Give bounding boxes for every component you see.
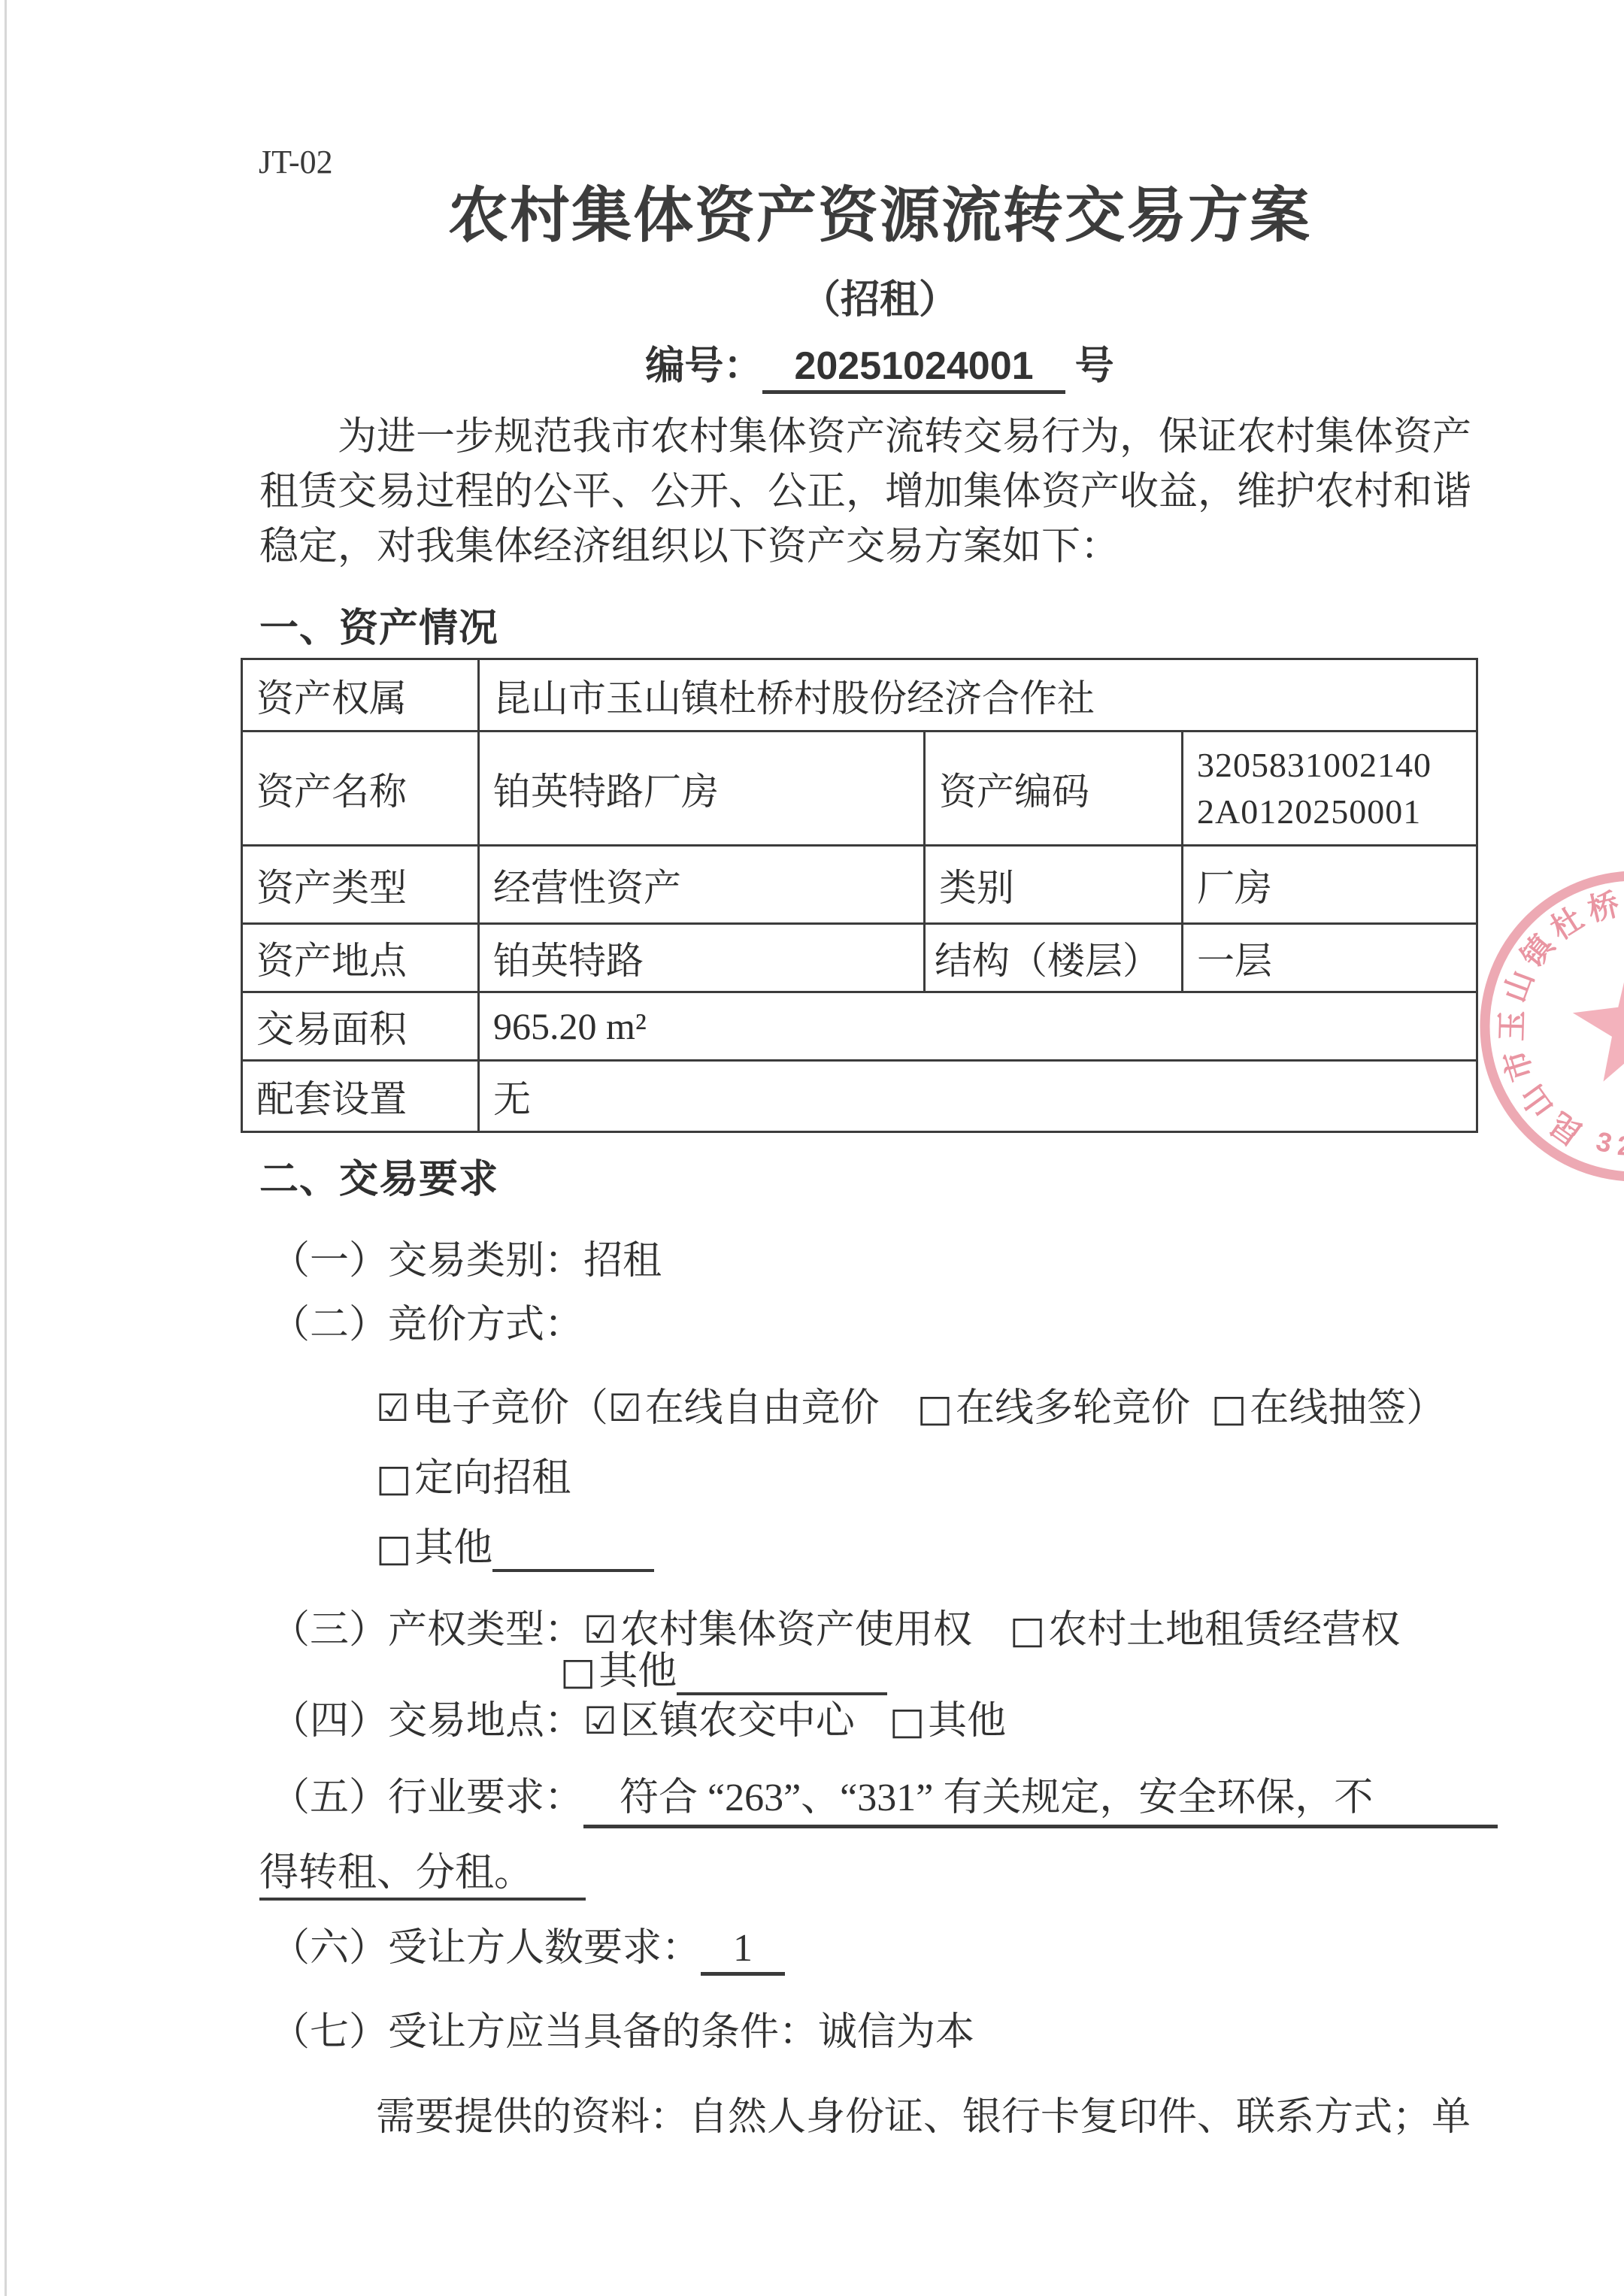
seal-code-text: 32058 [1590,1113,1624,1167]
item1-label: （一）交易类别： [271,1240,583,1283]
cell-label: 结构（楼层） [925,924,1183,992]
cell-label: 资产权属 [242,659,479,732]
item7-label: （七）受让方应当具备的条件： [271,2011,818,2054]
checkbox-empty-icon: □ [1010,1608,1045,1652]
document-subtitle: （招租） [259,268,1500,324]
blank-underline [492,1530,654,1572]
item3-label: （三）产权类型： [271,1609,583,1652]
checkbox-empty-icon: □ [1211,1386,1247,1430]
intro-paragraph: 为进一步规范我市农村集体资产流转交易行为，保证农村集体资产 租赁交易过程的公平、… [259,410,1507,574]
cell-value: 无 [479,1061,1477,1132]
table-row: 交易面积 965.20 m² [242,992,1477,1061]
checkbox-empty-icon: □ [376,1456,411,1500]
item3-other-line: □其他 [560,1639,887,1695]
table-row: 资产地点 铂英特路 结构（楼层） 一层 [242,924,1477,992]
seal-star-icon [1568,956,1624,1084]
section-heading-trade: 二、交易要求 [259,1147,498,1204]
item7-value: 诚信为本 [818,2011,974,2054]
table-row: 资产权属 昆山市玉山镇杜桥村股份经济合作社 [242,659,1477,732]
item6-value: 1 [701,1926,785,1976]
cell-value: 3205831002140 2A0120250001 [1183,732,1477,846]
cell-label: 资产地点 [242,924,479,992]
option-online-multi-round: 在线多轮竞价 [956,1387,1190,1430]
option-online-free-bidding: 在线自由竞价 [645,1387,880,1430]
checkbox-checked-icon: ☑ [583,1699,617,1743]
checkbox-empty-icon: □ [560,1649,595,1693]
checkbox-empty-icon: □ [917,1386,953,1430]
doc-number-label: 编号： [645,345,762,388]
item7-required-documents: 需要提供的资料：自然人身份证、银行卡复印件、联系方式；单 [376,2085,1471,2141]
item7-transferee-conditions: （七）受让方应当具备的条件：诚信为本 [271,2000,974,2056]
item5-answer-line2: 得转租、分租。 [259,1852,586,1901]
seal-ring [1470,861,1624,1192]
item1-trade-type: （一）交易类别：招租 [271,1228,662,1285]
item5-industry-requirements: （五）行业要求：符合 “263”、“331” 有关规定，安全环保，不 [271,1765,1498,1828]
intro-line: 为进一步规范我市农村集体资产流转交易行为，保证农村集体资产 [259,410,1507,465]
option-other: 其他 [414,1527,492,1570]
cell-value: 厂房 [1183,846,1477,924]
checkbox-checked-icon: ☑ [376,1386,410,1430]
cell-label: 交易面积 [242,992,479,1061]
item2-options-line: ☑电子竞价（☑在线自由竞价□在线多轮竞价□在线抽签） [376,1376,1445,1432]
scan-edge-artifact [5,0,7,2296]
option-online-lottery: 在线抽签） [1250,1387,1445,1430]
cell-label: 类别 [925,846,1183,924]
cell-value: 965.20 m² [479,992,1477,1061]
checkbox-empty-icon: □ [376,1526,411,1570]
table-row: 资产名称 铂英特路厂房 资产编码 3205831002140 2A0120250… [242,732,1477,846]
doc-number-suffix: 号 [1075,345,1114,388]
option-other: 其他 [598,1650,677,1693]
cell-label: 配套设置 [242,1061,479,1132]
item4-label: （四）交易地点： [271,1700,583,1743]
checkbox-empty-icon: □ [889,1699,925,1743]
cell-value: 经营性资产 [479,846,925,924]
item2-other-line: □其他 [376,1516,654,1572]
cell-label: 资产类型 [242,846,479,924]
option-directed-lease: 定向招租 [414,1457,571,1500]
option-electronic-bidding: 电子竞价（ [413,1387,608,1430]
item2-directed-line: □定向招租 [376,1446,571,1502]
item2-label: （二）竞价方式： [271,1304,583,1346]
intro-line: 稳定，对我集体经济组织以下资产交易方案如下： [259,519,1507,574]
asset-table: 资产权属 昆山市玉山镇杜桥村股份经济合作社 资产名称 铂英特路厂房 资产编码 3… [241,658,1478,1133]
table-row: 配套设置 无 [242,1061,1477,1132]
cell-value: 一层 [1183,924,1477,992]
doc-number-line: 编号：20251024001 号 [259,334,1500,394]
item5-answer-continued: 得转租、分租。 [259,1840,586,1897]
item6-label: （六）受让方人数要求： [271,1927,701,1970]
asset-code-line1: 3205831002140 [1197,742,1476,789]
cell-label: 资产名称 [242,732,479,846]
document-title: 农村集体资产资源流转交易方案 [259,167,1500,253]
table-row: 资产类型 经营性资产 类别 厂房 [242,846,1477,924]
cell-value: 铂英特路厂房 [479,732,925,846]
item5-label: （五）行业要求： [271,1765,583,1828]
cell-label: 资产编码 [925,732,1183,846]
cell-value: 昆山市玉山镇杜桥村股份经济合作社 [479,659,1477,732]
item1-value: 招租 [583,1240,662,1283]
option-land-lease-right: 农村土地租赁经营权 [1048,1609,1400,1652]
item2-bidding-method: （二）竞价方式： [271,1292,583,1349]
doc-number-value: 20251024001 [762,344,1065,394]
seal-org-text: 昆山市玉山镇杜桥村股份经济合作社 [1480,871,1624,1163]
item4-trade-location: （四）交易地点：☑区镇农交中心□其他 [271,1689,1006,1745]
intro-line: 租赁交易过程的公平、公开、公正，增加集体资产收益，维护农村和谐 [259,465,1507,519]
section-heading-assets: 一、资产情况 [259,596,498,653]
item6-transferee-count: （六）受让方人数要求：1 [271,1916,785,1976]
cell-value: 铂英特路 [479,924,925,992]
item5-answer-line1: 符合 “263”、“331” 有关规定，安全环保，不 [583,1765,1498,1828]
document-page: JT-02 农村集体资产资源流转交易方案 （招租） 编号：20251024001… [0,0,1624,2296]
checkbox-checked-icon: ☑ [608,1386,642,1430]
option-town-trade-center: 区镇农交中心 [620,1700,855,1743]
option-other: 其他 [928,1700,1006,1743]
asset-code-line2: 2A0120250001 [1197,789,1476,835]
